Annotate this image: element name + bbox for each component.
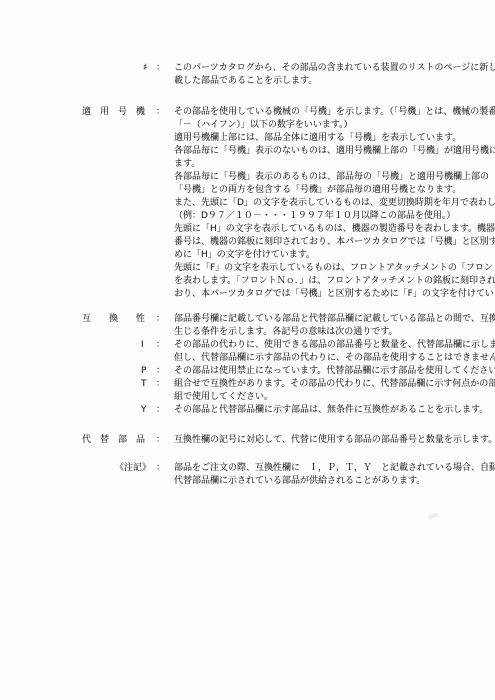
text-line: 各部品毎に「号機」表示のあるものは、部品毎の「号機」と適用号機欄上部の: [174, 171, 495, 184]
section-colon: ：: [156, 106, 165, 119]
subitem-P: P：その部品は使用禁止になっています。代替部品欄に示す部品を使用してください。: [0, 365, 495, 378]
text-line: 組で使用してください。: [174, 391, 495, 404]
subitem-symbol: T: [141, 378, 147, 391]
text-line: 各部品毎に「号機」表示のないものは、適用号機欄上部の「号機」が適用号機になり: [174, 145, 495, 158]
section-new-part-symbol: ♯：このパーツカタログから、その部品の含まれている装置のリストのページに新しく記…: [0, 62, 495, 88]
text-line: おり、本パーツカタログでは「号機」と区別するために「F」の文字を付けています。: [174, 288, 495, 301]
text-line: その部品の代わりに、使用できる部品の部品番号と数量を、代替部品欄に示します。: [174, 339, 495, 352]
subitem-symbol: P: [141, 365, 146, 378]
text-line: ます。: [174, 158, 495, 171]
section-note: 《注記》：部品をご注文の際、互換性欄に Ｉ，Ｐ，Ｔ，Ｙ と記載されている場合、自…: [0, 462, 495, 488]
text-line: その部品は使用禁止になっています。代替部品欄に示す部品を使用してください。: [174, 365, 495, 378]
text-line: 適用号機欄上部には、部品全体に適用する「号機」を表示しています。: [174, 132, 495, 145]
text-line: また、先頭に「D」の文字を表示しているものは、変更切換時期を年月で表わします。: [174, 197, 495, 210]
label-char-1: 替: [100, 434, 109, 447]
subitem-colon: ：: [156, 339, 165, 352]
scan-artifact: [428, 513, 439, 520]
section-colon: ：: [156, 462, 165, 475]
scanned-page: ♯：このパーツカタログから、その部品の含まれている装置のリストのページに新しく記…: [0, 0, 495, 700]
text-line: 「－（ハイフン）」以下の数字をいいます。）: [174, 119, 495, 132]
subitem-symbol: Y: [141, 404, 147, 417]
label-char-3: 機: [136, 106, 145, 119]
subitem-I: I：その部品の代わりに、使用できる部品の部品番号と数量を、代替部品欄に示します。…: [0, 339, 495, 365]
text-line: その部品と代替部品欄に示す部品は、無条件に互換性があることを示します。: [174, 404, 495, 417]
text-line: 代替部品欄に示されている部品が供給されることがあります。: [174, 475, 495, 488]
section-label-new-part-symbol: ♯: [143, 62, 147, 75]
text-line: 組合せで互換性があります。その部品の代わりに、代替部品欄に示す何点かの部品と: [174, 378, 495, 391]
label-char-0: 互: [82, 313, 91, 326]
label-char-3: 品: [136, 434, 145, 447]
text-line: 互換性欄の記号に対応して、代替に使用する部品の部品番号と数量を示します。: [174, 434, 495, 447]
label-char-2: 部: [118, 434, 127, 447]
label-char-0: 代: [82, 434, 91, 447]
sections-container: ♯：このパーツカタログから、その部品の含まれている装置のリストのページに新しく記…: [0, 62, 495, 488]
subitem-Y: Y：その部品と代替部品欄に示す部品は、無条件に互換性があることを示します。: [0, 404, 495, 417]
text-line: このパーツカタログから、その部品の含まれている装置のリストのページに新しく記: [174, 62, 495, 75]
subitem-T: T：組合せで互換性があります。その部品の代わりに、代替部品欄に示す何点かの部品と…: [0, 378, 495, 404]
label-char-2: 号: [118, 106, 127, 119]
section-label-alternative-parts: 代替部品: [82, 434, 145, 447]
text-line: （例：D９７／１０－・・・１９９７年１０月以降この部品を使用。）: [174, 210, 495, 223]
subitem-colon: ：: [156, 404, 165, 417]
label-char-1: 換: [109, 313, 118, 326]
section-colon: ：: [156, 62, 165, 75]
section-label-note: 《注記》: [115, 462, 151, 475]
subitem-colon: ：: [156, 378, 165, 391]
text-line: 生じる条件を示します。各記号の意味は次の通りです。: [174, 326, 495, 339]
section-colon: ：: [156, 313, 165, 326]
subitem-colon: ：: [156, 365, 165, 378]
subitem-symbol: I: [141, 339, 144, 352]
section-interchangeability: 互換性：部品番号欄に記載している部品と代替部品欄に記載している部品との間で、互換…: [0, 313, 495, 417]
text-line: めに「H」の文字を付けています。: [174, 249, 495, 262]
text-line: 載した部品であることを示します。: [174, 75, 495, 88]
section-alternative-parts: 代替部品：互換性欄の記号に対応して、代替に使用する部品の部品番号と数量を示します…: [0, 434, 495, 447]
section-colon: ：: [156, 434, 165, 447]
text-line: 但し、代替部品欄に示す部品の代わりに、その部品を使用することはできません。: [174, 352, 495, 365]
label-char-0: 適: [82, 106, 91, 119]
section-label-applicable-serial: 適用号機: [82, 106, 145, 119]
text-line: 番号は、機器の銘板に刻印されており、本パーツカタログでは「号機」と区別するた: [174, 236, 495, 249]
text-line: 「号機」との両方を包含する「号機」が部品毎の適用号機となります。: [174, 184, 495, 197]
text-line: を表わします。「フロントＮｏ．」は、フロントアタッチメントの銘板に刻印されて: [174, 275, 495, 288]
label-char-2: 性: [136, 313, 145, 326]
text-line: 部品番号欄に記載している部品と代替部品欄に記載している部品との間で、互換性の: [174, 313, 495, 326]
text-line: 部品をご注文の際、互換性欄に Ｉ，Ｐ，Ｔ，Ｙ と記載されている場合、自動的に: [174, 462, 495, 475]
section-applicable-serial: 適用号機：その部品を使用している機械の「号機」を示します。（「号機」とは、機械の…: [0, 106, 495, 301]
section-label-interchangeability: 互換性: [82, 313, 145, 326]
text-line: 先頭に「H」の文字を表示しているものは、機器の製造番号を表わします。機器の製造: [174, 223, 495, 236]
label-char-1: 用: [100, 106, 109, 119]
text-line: 先頭に「F」の文字を表示しているものは、フロントアタッチメントの「フロントNO.…: [174, 262, 495, 275]
text-line: その部品を使用している機械の「号機」を示します。（「号機」とは、機械の製番の: [174, 106, 495, 119]
